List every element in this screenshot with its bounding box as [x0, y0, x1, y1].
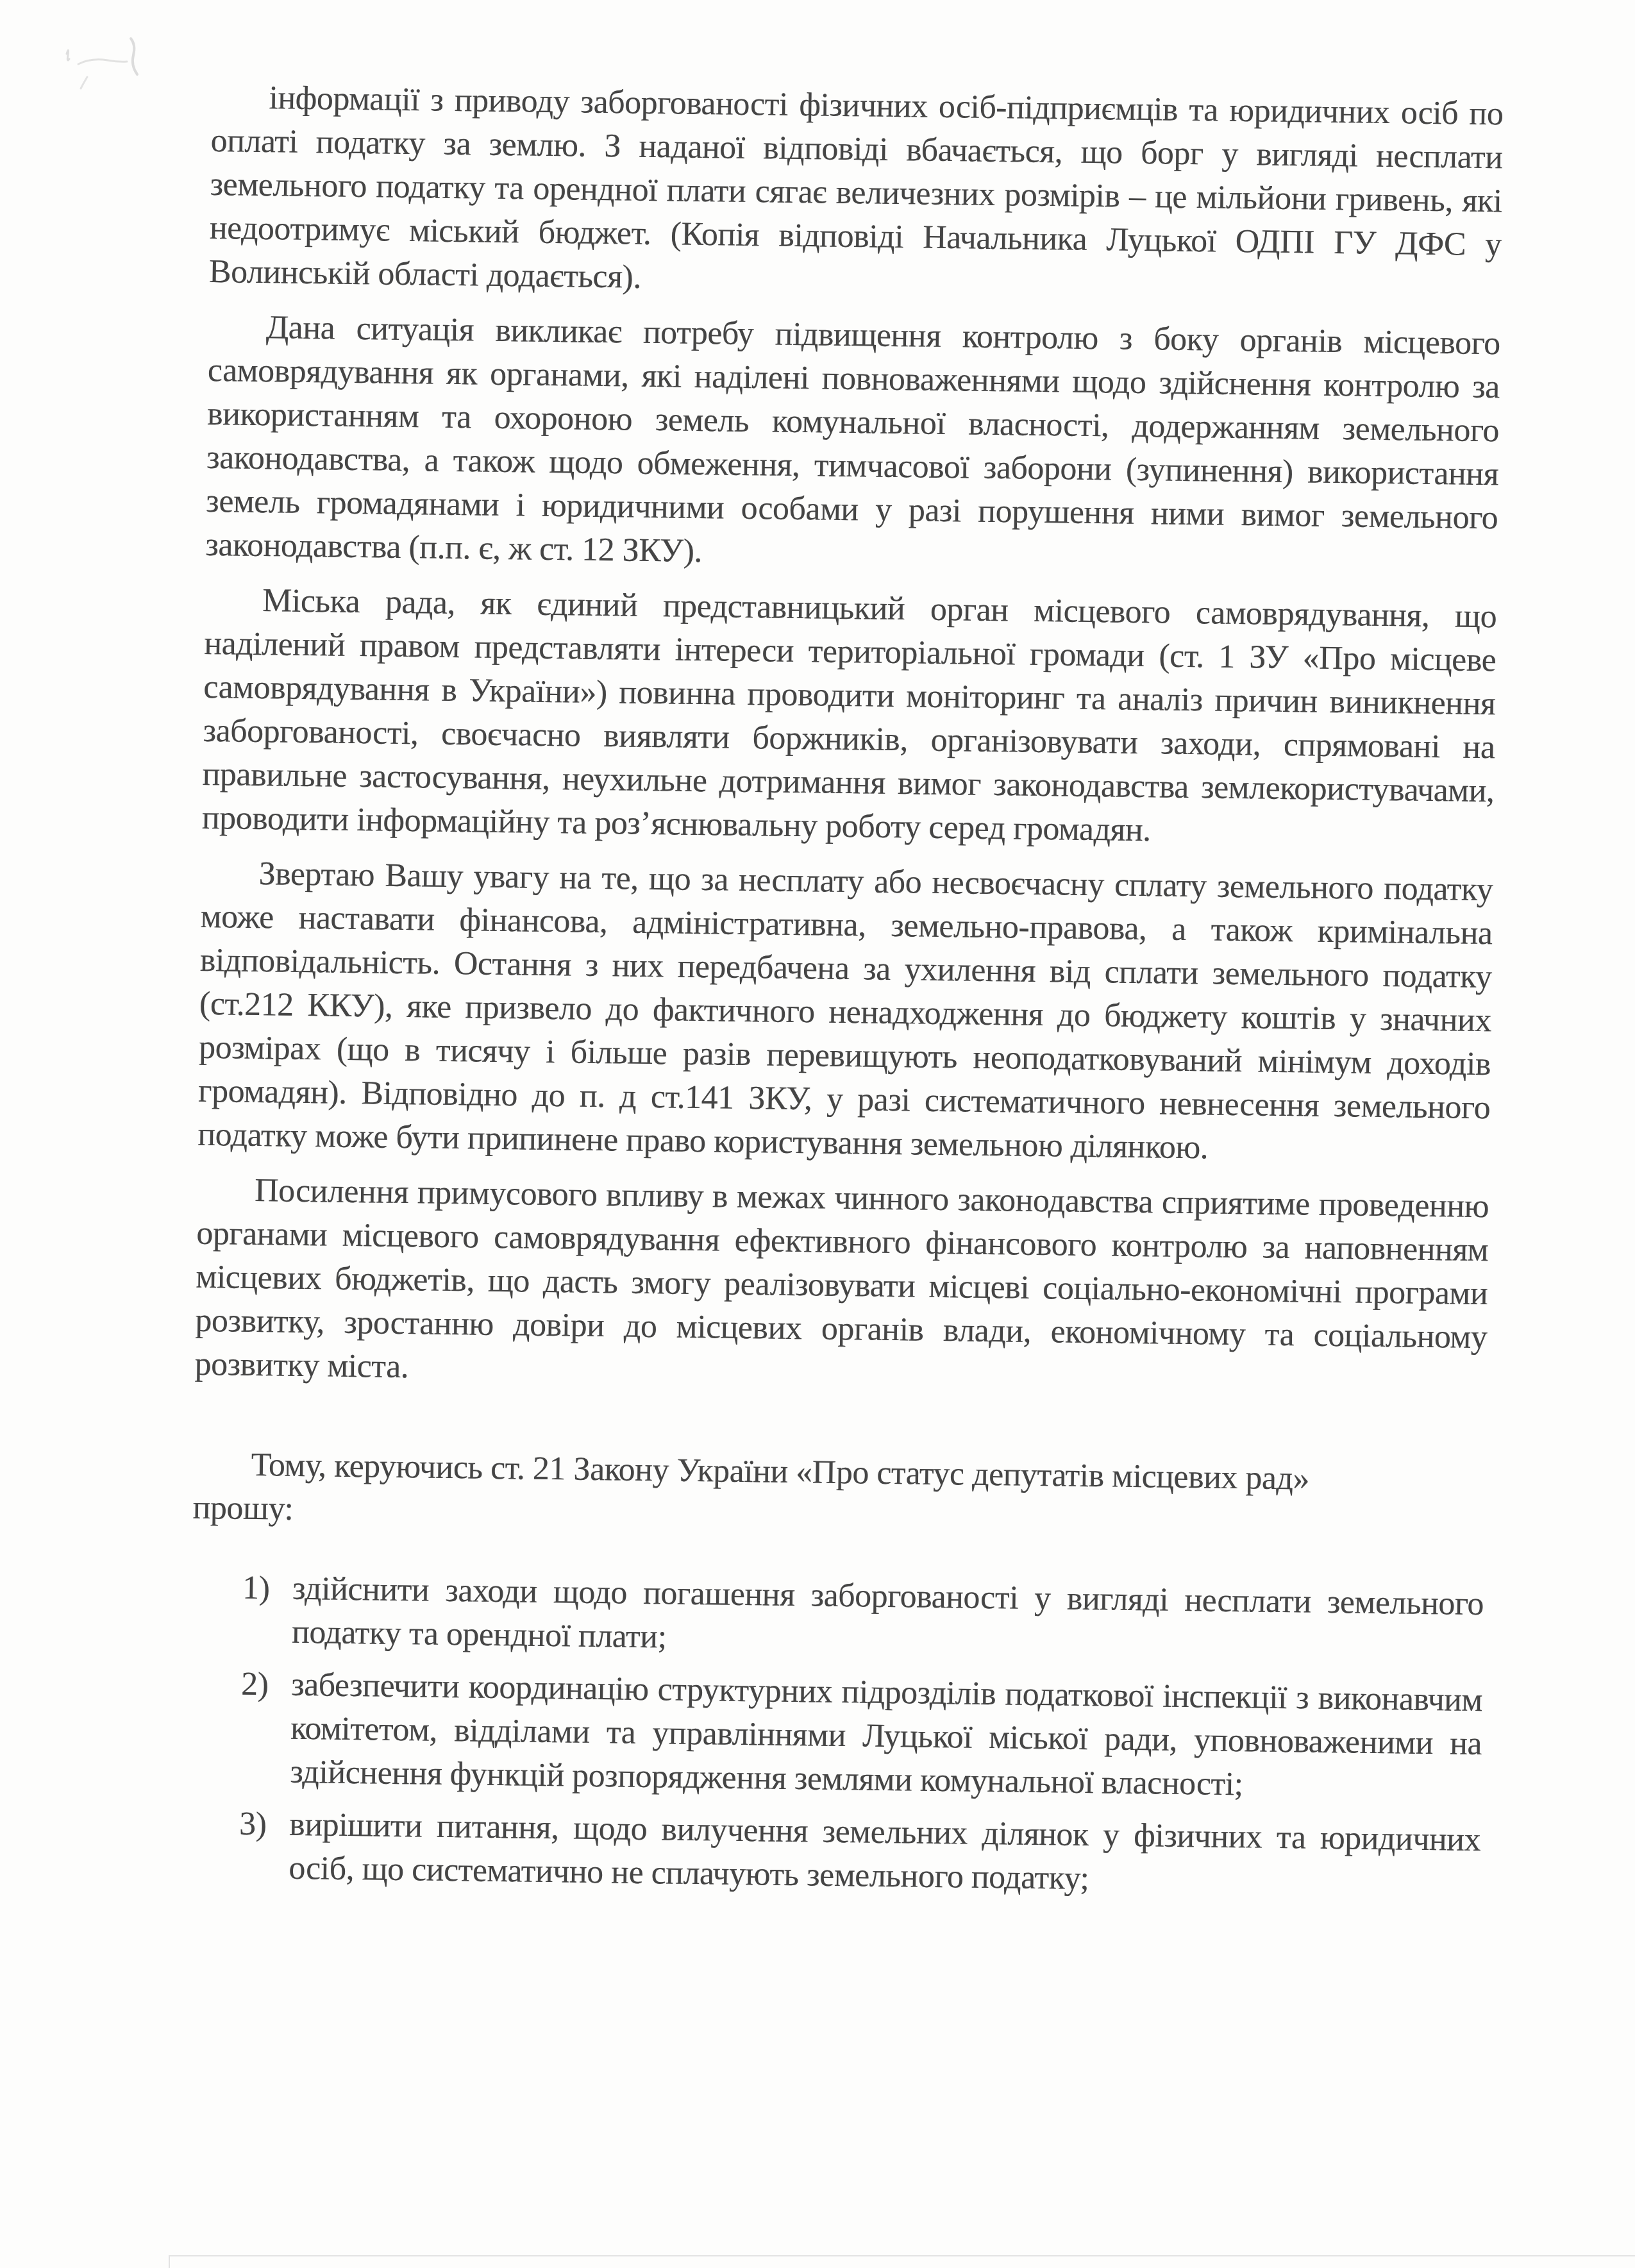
pencil-mark-icon	[59, 27, 155, 104]
request-item-2: 2) забезпечити координацію структурних п…	[240, 1663, 1483, 1810]
closing-statement: Тому, керуючись ст. 21 Закону України «П…	[192, 1443, 1486, 1547]
item-number: 1)	[242, 1567, 293, 1654]
item-text: вирішити питання, щодо вилучення земельн…	[289, 1803, 1481, 1906]
item-number: 3)	[239, 1802, 290, 1890]
letter-body: інформації з приводу заборгованості фізи…	[188, 76, 1504, 1915]
document-page: інформації з приводу заборгованості фізи…	[0, 0, 1635, 2268]
paragraph-debt-info: інформації з приводу заборгованості фізи…	[209, 76, 1504, 310]
closing-line2: прошу:	[192, 1490, 293, 1527]
request-item-1: 1) здійснити заходи щодо погашення забор…	[242, 1567, 1484, 1670]
item-text: забезпечити координацію структурних підр…	[290, 1663, 1483, 1810]
item-text: здійснити заходи щодо погашення заборгов…	[292, 1567, 1484, 1670]
request-item-3: 3) вирішити питання, щодо вилучення земе…	[239, 1802, 1481, 1906]
paragraph-enforcement: Посилення примусового впливу в межах чин…	[194, 1168, 1489, 1403]
scan-edge-corner	[169, 2255, 170, 2268]
item-number: 2)	[240, 1663, 292, 1794]
closing-line1: Тому, керуючись ст. 21 Закону України «П…	[251, 1447, 1309, 1497]
paragraph-liability: Звертаю Вашу увагу на те, що за несплату…	[197, 852, 1493, 1173]
paragraph-city-council: Міська рада, як єдиний представницький о…	[201, 578, 1497, 857]
request-list: 1) здійснити заходи щодо погашення забор…	[188, 1566, 1484, 1906]
scan-edge-line	[169, 2255, 1635, 2256]
paragraph-control-need: Дана ситуація викликає потребу підвищенн…	[205, 305, 1500, 584]
